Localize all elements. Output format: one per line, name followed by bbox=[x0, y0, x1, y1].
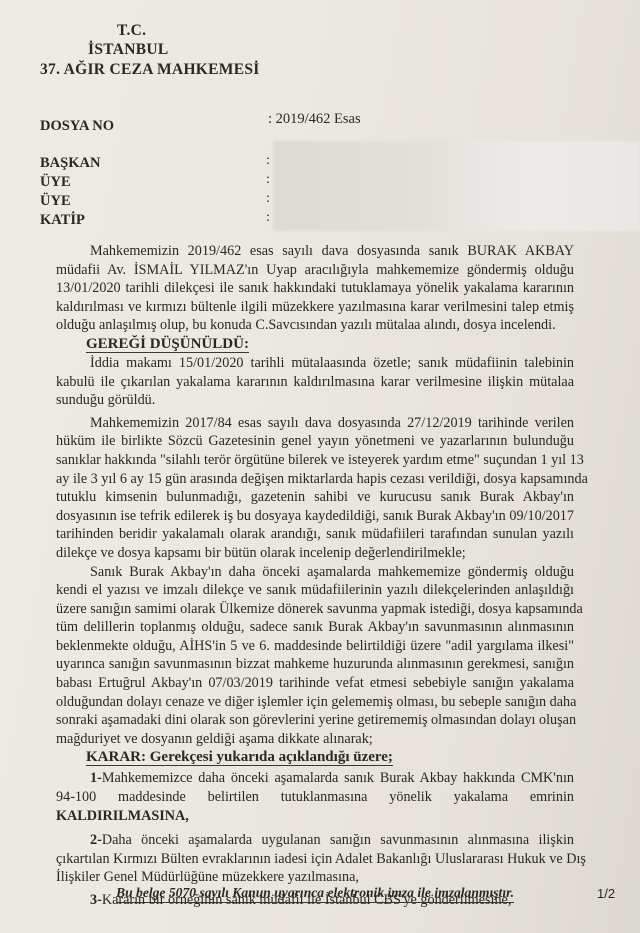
text-line: kaldırılması ve kırmızı bültenle ilgili … bbox=[56, 298, 574, 317]
text-line: 2-Daha önceki aşamalarda uygulanan sanığ… bbox=[56, 831, 574, 850]
court-decision-page: T.C. İSTANBUL 37. AĞIR CEZA MAHKEMESİ DO… bbox=[0, 0, 640, 933]
file-no-value: : 2019/462 Esas bbox=[268, 111, 361, 128]
text-line: üzere sanığın samimi olarak Ülkemize dön… bbox=[56, 600, 574, 619]
text-line: tarihinden beridir yakalamalı olarak ara… bbox=[56, 525, 574, 544]
text-line: tutuklu kimsenin bulunmadığı, gazetenin … bbox=[56, 488, 574, 507]
text-line: dilekçe ve dosya kapsamı bir bütün olara… bbox=[56, 544, 574, 563]
heading-text: GEREĞİ DÜŞÜNÜLDÜ: bbox=[86, 336, 249, 353]
text-line: sonraki aşamadaki dini olarak son görevl… bbox=[56, 711, 574, 730]
paragraph-request: Mahkememizin 2019/462 esas sayılı dava d… bbox=[56, 242, 574, 335]
text-line: İddia makamı 15/01/2020 tarihli mütalaas… bbox=[56, 354, 574, 373]
paragraph-defendant-circumstances: Sanık Burak Akbay'ın daha önceki aşamala… bbox=[56, 563, 574, 749]
text-line: hüküm ile birlikte Sözcü Gazetesinin gen… bbox=[56, 432, 574, 451]
decision-result: KALDIRILMASINA, bbox=[56, 807, 574, 826]
panel-colon: : bbox=[266, 191, 270, 207]
heading-decision: KARAR: Gerekçesi yukarıda açıklandığı üz… bbox=[56, 748, 574, 769]
item-text: Daha önceki aşamalarda uygulanan sanığın… bbox=[102, 832, 574, 848]
text-line: uyarınca sanığın savunmasının bizzat mah… bbox=[56, 655, 574, 674]
text-line: çıkartılan Kırmızı Bülten evraklarının i… bbox=[56, 850, 574, 869]
text-line: 13/01/2020 tarihli dilekçesi ile sanık h… bbox=[56, 279, 574, 298]
text-line: beklenmekte olduğu, AİHS'in 5 ve 6. madd… bbox=[56, 637, 574, 656]
item-text: Mahkememizce daha önceki aşamalarda sanı… bbox=[102, 770, 574, 786]
redacted-names-blur bbox=[273, 141, 640, 231]
e-signature-note: Bu belge 5070 sayılı Kanun uyarınca elek… bbox=[116, 885, 514, 903]
text-line: tüm delillerin toplanmış olduğu, sadece … bbox=[56, 618, 574, 637]
heading-text: KARAR: Gerekçesi yukarıda açıklandığı üz… bbox=[86, 749, 393, 766]
panel-label-member-1: ÜYE bbox=[40, 174, 71, 191]
panel-label-clerk: KATİP bbox=[40, 212, 85, 229]
header-court-name: 37. AĞIR CEZA MAHKEMESİ bbox=[40, 61, 260, 79]
text-line: 94-100 maddesinde belirtilen tutuklanmas… bbox=[56, 788, 574, 807]
text-line: dosyasının ise tefrik edilerek iş bu dos… bbox=[56, 507, 574, 526]
page-number: 1/2 bbox=[597, 886, 615, 901]
panel-colon: : bbox=[266, 153, 270, 169]
text-line: kendi el yazısı ve imzalı dilekçe ve san… bbox=[56, 581, 574, 600]
paragraph-case-history: Mahkememizin 2017/84 esas sayılı dava do… bbox=[56, 414, 574, 563]
file-no-label: DOSYA NO bbox=[40, 118, 114, 135]
text-line: sanıklar hakkında "silahlı terör örgütün… bbox=[56, 451, 574, 470]
item-number: 3- bbox=[90, 892, 102, 908]
panel-colon: : bbox=[266, 172, 270, 188]
text-line: Mahkememizin 2019/462 esas sayılı dava d… bbox=[56, 242, 574, 261]
text-line: ay ile 3 yıl 6 ay 15 gün arasında değişe… bbox=[56, 470, 574, 489]
text-line: 1-Mahkememizce daha önceki aşamalarda sa… bbox=[56, 769, 574, 788]
header-country: T.C. bbox=[117, 22, 146, 40]
heading-considered: GEREĞİ DÜŞÜNÜLDÜ: bbox=[56, 335, 574, 354]
decision-item-2: 2-Daha önceki aşamalarda uygulanan sanığ… bbox=[56, 831, 574, 887]
text-line: olduğu anlaşılmış olup, bu konuda C.Savc… bbox=[56, 316, 574, 335]
text-line: olduğundan dolayı cenaze ve diğer işleml… bbox=[56, 693, 574, 712]
header-city: İSTANBUL bbox=[88, 41, 169, 59]
paragraph-prosecutor-opinion: İddia makamı 15/01/2020 tarihli mütalaas… bbox=[56, 354, 574, 410]
text-line: babası Ertuğrul Akbay'ın 07/03/2019 tari… bbox=[56, 674, 574, 693]
text-line: sunduğu görüldü. bbox=[56, 391, 574, 410]
panel-label-president: BAŞKAN bbox=[40, 155, 100, 172]
item-number: 2- bbox=[90, 832, 102, 848]
text-line: mağduriyet ve dosyanın geldiği aşama dik… bbox=[56, 730, 574, 749]
decision-item-1: 1-Mahkememizce daha önceki aşamalarda sa… bbox=[56, 769, 574, 825]
text-line: Mahkememizin 2017/84 esas sayılı dava do… bbox=[56, 414, 574, 433]
text-line: kabulü ile çıkarılan yakalama kararının … bbox=[56, 373, 574, 392]
panel-label-member-2: ÜYE bbox=[40, 193, 71, 210]
panel-colon: : bbox=[266, 210, 270, 226]
text-line: Sanık Burak Akbay'ın daha önceki aşamala… bbox=[56, 563, 574, 582]
text-line: müdafii Av. İSMAİL YILMAZ'ın Uyap aracıl… bbox=[56, 261, 574, 280]
item-number: 1- bbox=[90, 770, 102, 786]
decision-body: Mahkememizin 2019/462 esas sayılı dava d… bbox=[56, 242, 574, 910]
